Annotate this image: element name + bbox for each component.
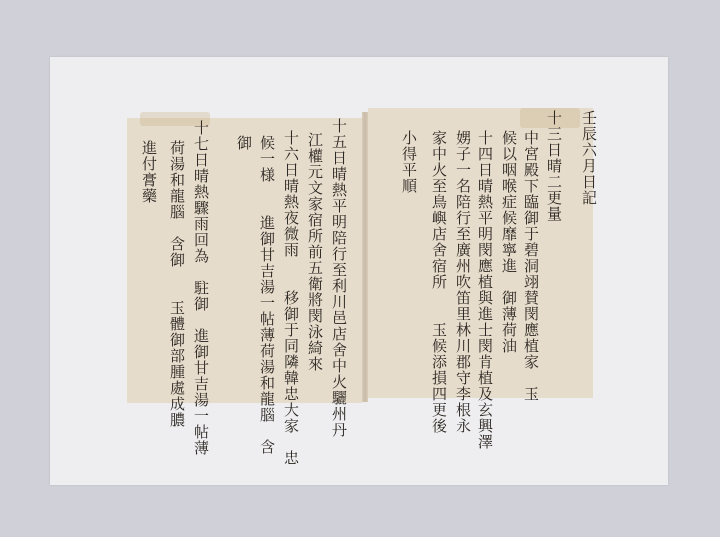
center-fold xyxy=(362,112,368,402)
text-column: 候以咽喉症候靡寧進 御薄荷油 xyxy=(500,130,517,354)
text-column: 荷湯和龍腦 含御 玉體御部腫處成膿 xyxy=(168,140,185,428)
text-column: 十七日晴熱驟雨回為 駐御 進御甘吉湯一帖薄 xyxy=(192,120,209,456)
text-column: 小得平順 xyxy=(400,130,417,194)
text-column: 候一様 進御甘吉湯一帖薄荷湯和龍腦 含 xyxy=(258,135,275,455)
manuscript-left-leaf xyxy=(127,118,362,403)
text-column: 壬辰六月日記 xyxy=(580,110,597,206)
text-column: 江權元文家宿所前五衛將閔泳綺來 xyxy=(306,132,323,372)
text-column: 家中火至鳥嶼店舍宿所 玉候添損四更後 xyxy=(430,130,447,434)
text-column: 御 xyxy=(235,135,252,151)
text-column: 十三日晴二更量 xyxy=(545,110,562,222)
text-column: 十四日晴熱平明閔應植與進士閔肯植及玄興澤 xyxy=(476,130,493,450)
text-column: 十六日晴熱夜微雨 移御于同隣韓忠大家 忠 xyxy=(282,130,299,466)
text-column: 娚子一名陪行至廣州吹笛里林川郡守李根永 xyxy=(454,130,471,434)
text-column: 進付膏藥 xyxy=(140,140,157,204)
text-column: 十五日晴熱平明陪行至利川邑店舍中火驪州丹 xyxy=(330,118,347,438)
text-column: 中宮殿下臨御于碧洞翊賛閔應植家 玉 xyxy=(522,130,539,402)
